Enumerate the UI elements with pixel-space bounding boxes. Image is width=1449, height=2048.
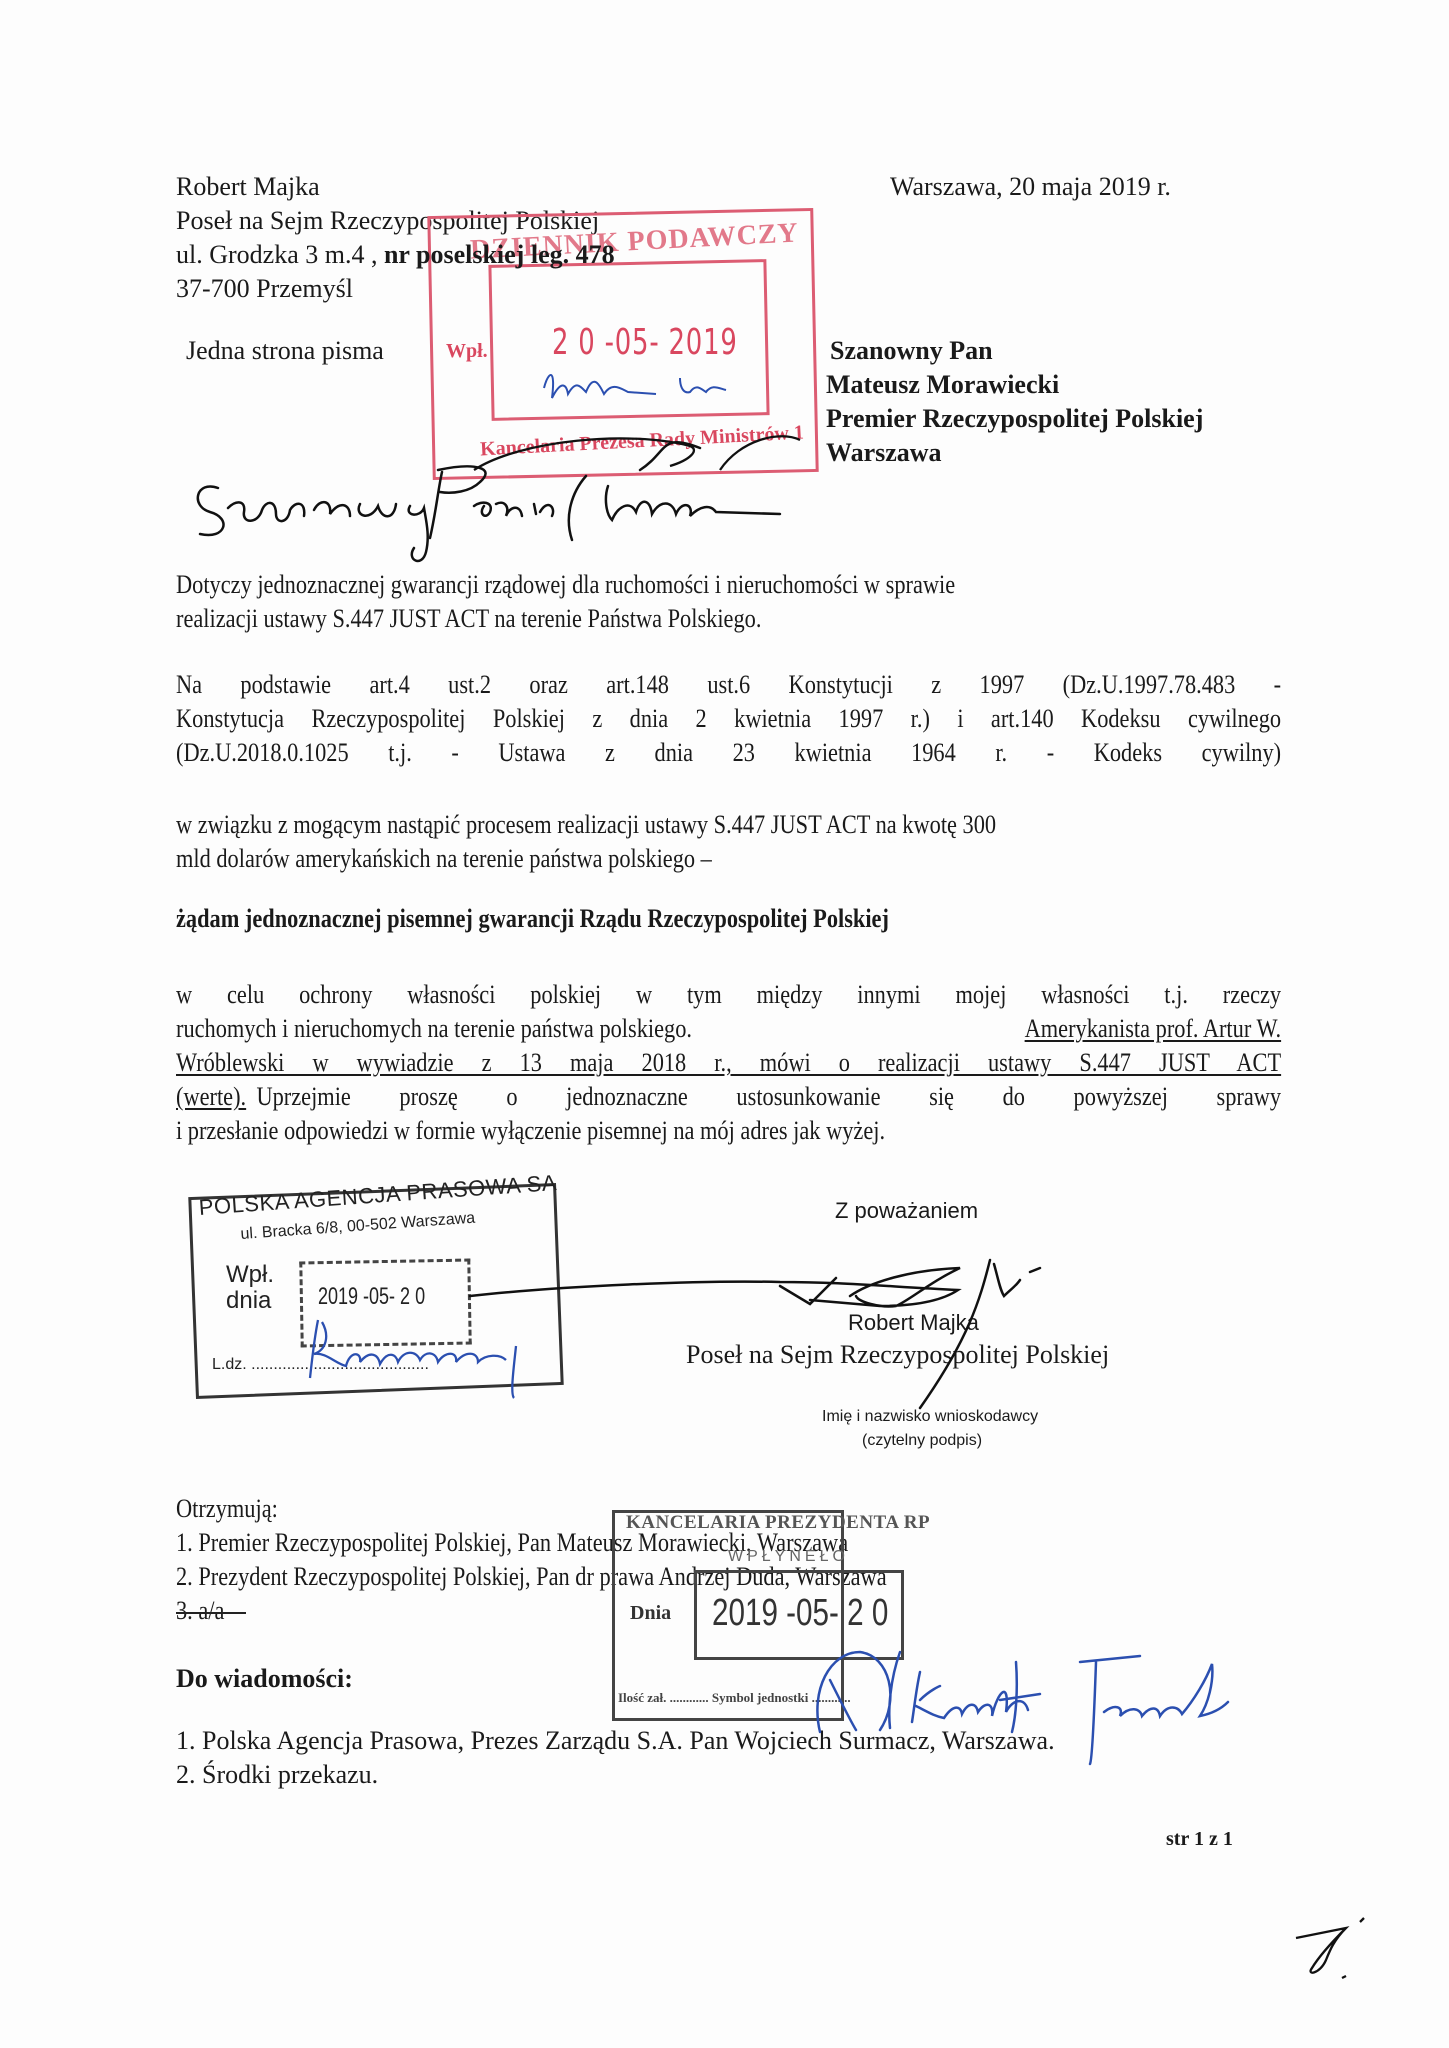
- kprm-stamp-label: Wpł.: [446, 340, 488, 363]
- purpose-line: ruchomych i nieruchomych na terenie pańs…: [176, 1012, 1281, 1046]
- recipient-name: Mateusz Morawiecki: [826, 368, 1203, 402]
- kprp-stamp-subtitle: WPŁYNEŁO: [728, 1548, 849, 1566]
- sender-address: ul. Grodzka 3 m.4 , nr poselskiej leg. 4…: [176, 238, 615, 272]
- legal-basis-paragraph: Na podstawie art.4 ust.2 oraz art.148 us…: [176, 668, 1281, 770]
- sender-street: ul. Grodzka 3 m.4 ,: [176, 240, 377, 269]
- pap-stamp-date: 2019 -05- 2 0: [318, 1283, 425, 1311]
- interview-reference: Wróblewski w wywiadzie z 13 maja 2018 r.…: [176, 1046, 1281, 1080]
- sender-name: Robert Majka: [176, 170, 615, 204]
- purpose-text: Uprzejmie proszę o jednoznaczne ustosunk…: [256, 1080, 1281, 1114]
- signature-caption: Imię i nazwisko wnioskodawcy: [822, 1408, 1038, 1426]
- recipient-city: Warszawa: [826, 436, 1203, 470]
- legal-line: (Dz.U.2018.0.1025 t.j. - Ustawa z dnia 2…: [176, 736, 1281, 770]
- subject-line: realizacji ustawy S.447 JUST ACT na tere…: [176, 602, 955, 636]
- cc-list: 1. Polska Agencja Prasowa, Prezes Zarząd…: [176, 1724, 1055, 1792]
- page-number: str 1 z 1: [1166, 1828, 1233, 1851]
- legal-line: Konstytucja Rzeczypospolitej Polskiej z …: [176, 702, 1281, 736]
- pap-stamp-label-dnia: dnia: [226, 1288, 274, 1314]
- purpose-line: w celu ochrony własności polskiej w tym …: [176, 978, 1281, 1012]
- pap-stamp-ldz: L.dz. ..................................…: [212, 1356, 429, 1374]
- kprm-stamp-date: 2 0 -05- 2019: [552, 322, 738, 363]
- recipient-title: Premier Rzeczypospolitej Polskiej: [826, 402, 1203, 436]
- closing-title: Poseł na Sejm Rzeczypospolitej Polskiej: [686, 1340, 1109, 1370]
- recipient-salutation: Szanowny Pan: [826, 334, 1203, 368]
- context-line: w związku z mogącym nastąpić procesem re…: [176, 808, 996, 842]
- page-initial-mark: [1296, 1918, 1364, 1978]
- context-paragraph: w związku z mogącym nastąpić procesem re…: [176, 808, 1130, 876]
- demand-text: żądam jednoznacznej pisemnej gwarancji R…: [176, 904, 889, 933]
- demand-statement: żądam jednoznacznej pisemnej gwarancji R…: [176, 902, 1005, 936]
- interview-reference: (werte).: [176, 1080, 246, 1114]
- interview-reference: Amerykanista prof. Artur W.: [1025, 1012, 1281, 1046]
- kprp-stamp-label: Dnia: [630, 1602, 671, 1625]
- underline-mark: [176, 1612, 246, 1614]
- page-note: Jedna strona pisma: [186, 334, 384, 368]
- purpose-line: (werte). Uprzejmie proszę o jednoznaczne…: [176, 1080, 1281, 1114]
- subject-paragraph: Dotyczy jednoznacznej gwarancji rządowej…: [176, 568, 1082, 636]
- purpose-line: i przesłanie odpowiedzi w formie wyłącze…: [176, 1114, 1281, 1148]
- context-line: mld dolarów amerykańskich na terenie pań…: [176, 842, 996, 876]
- closing-name: Robert Majka: [848, 1310, 979, 1336]
- recipient-block: Szanowny Pan Mateusz Morawiecki Premier …: [826, 334, 1203, 470]
- sender-legitimation: nr poselskiej leg. 478: [384, 240, 615, 269]
- kprp-stamp-footer: Ilość zał. ............ Symbol jednostki…: [618, 1690, 851, 1706]
- cc-item: 1. Polska Agencja Prasowa, Prezes Zarząd…: [176, 1724, 1055, 1758]
- cc-heading: Do wiadomości:: [176, 1662, 353, 1696]
- purpose-text: ruchomych i nieruchomych na terenie pańs…: [176, 1012, 692, 1046]
- legal-line: Na podstawie art.4 ust.2 oraz art.148 us…: [176, 668, 1281, 702]
- signature-caption-note: (czytelny podpis): [862, 1432, 982, 1450]
- closing-regards: Z poważaniem: [835, 1198, 978, 1224]
- pap-stamp-label: Wpł. dnia: [226, 1262, 274, 1314]
- pap-stamp-label-wpl: Wpł.: [226, 1262, 274, 1288]
- subject-line: Dotyczy jednoznacznej gwarancji rządowej…: [176, 568, 955, 602]
- kprp-stamp-title: KANCELARIA PREZYDENTA RP: [626, 1512, 930, 1534]
- cc-item: 2. Środki przekazu.: [176, 1758, 1055, 1792]
- kprp-stamp-date: 2019 -05- 2 0: [712, 1592, 888, 1635]
- purpose-paragraph: w celu ochrony własności polskiej w tym …: [176, 978, 1449, 1148]
- place-date: Warszawa, 20 maja 2019 r.: [890, 170, 1171, 204]
